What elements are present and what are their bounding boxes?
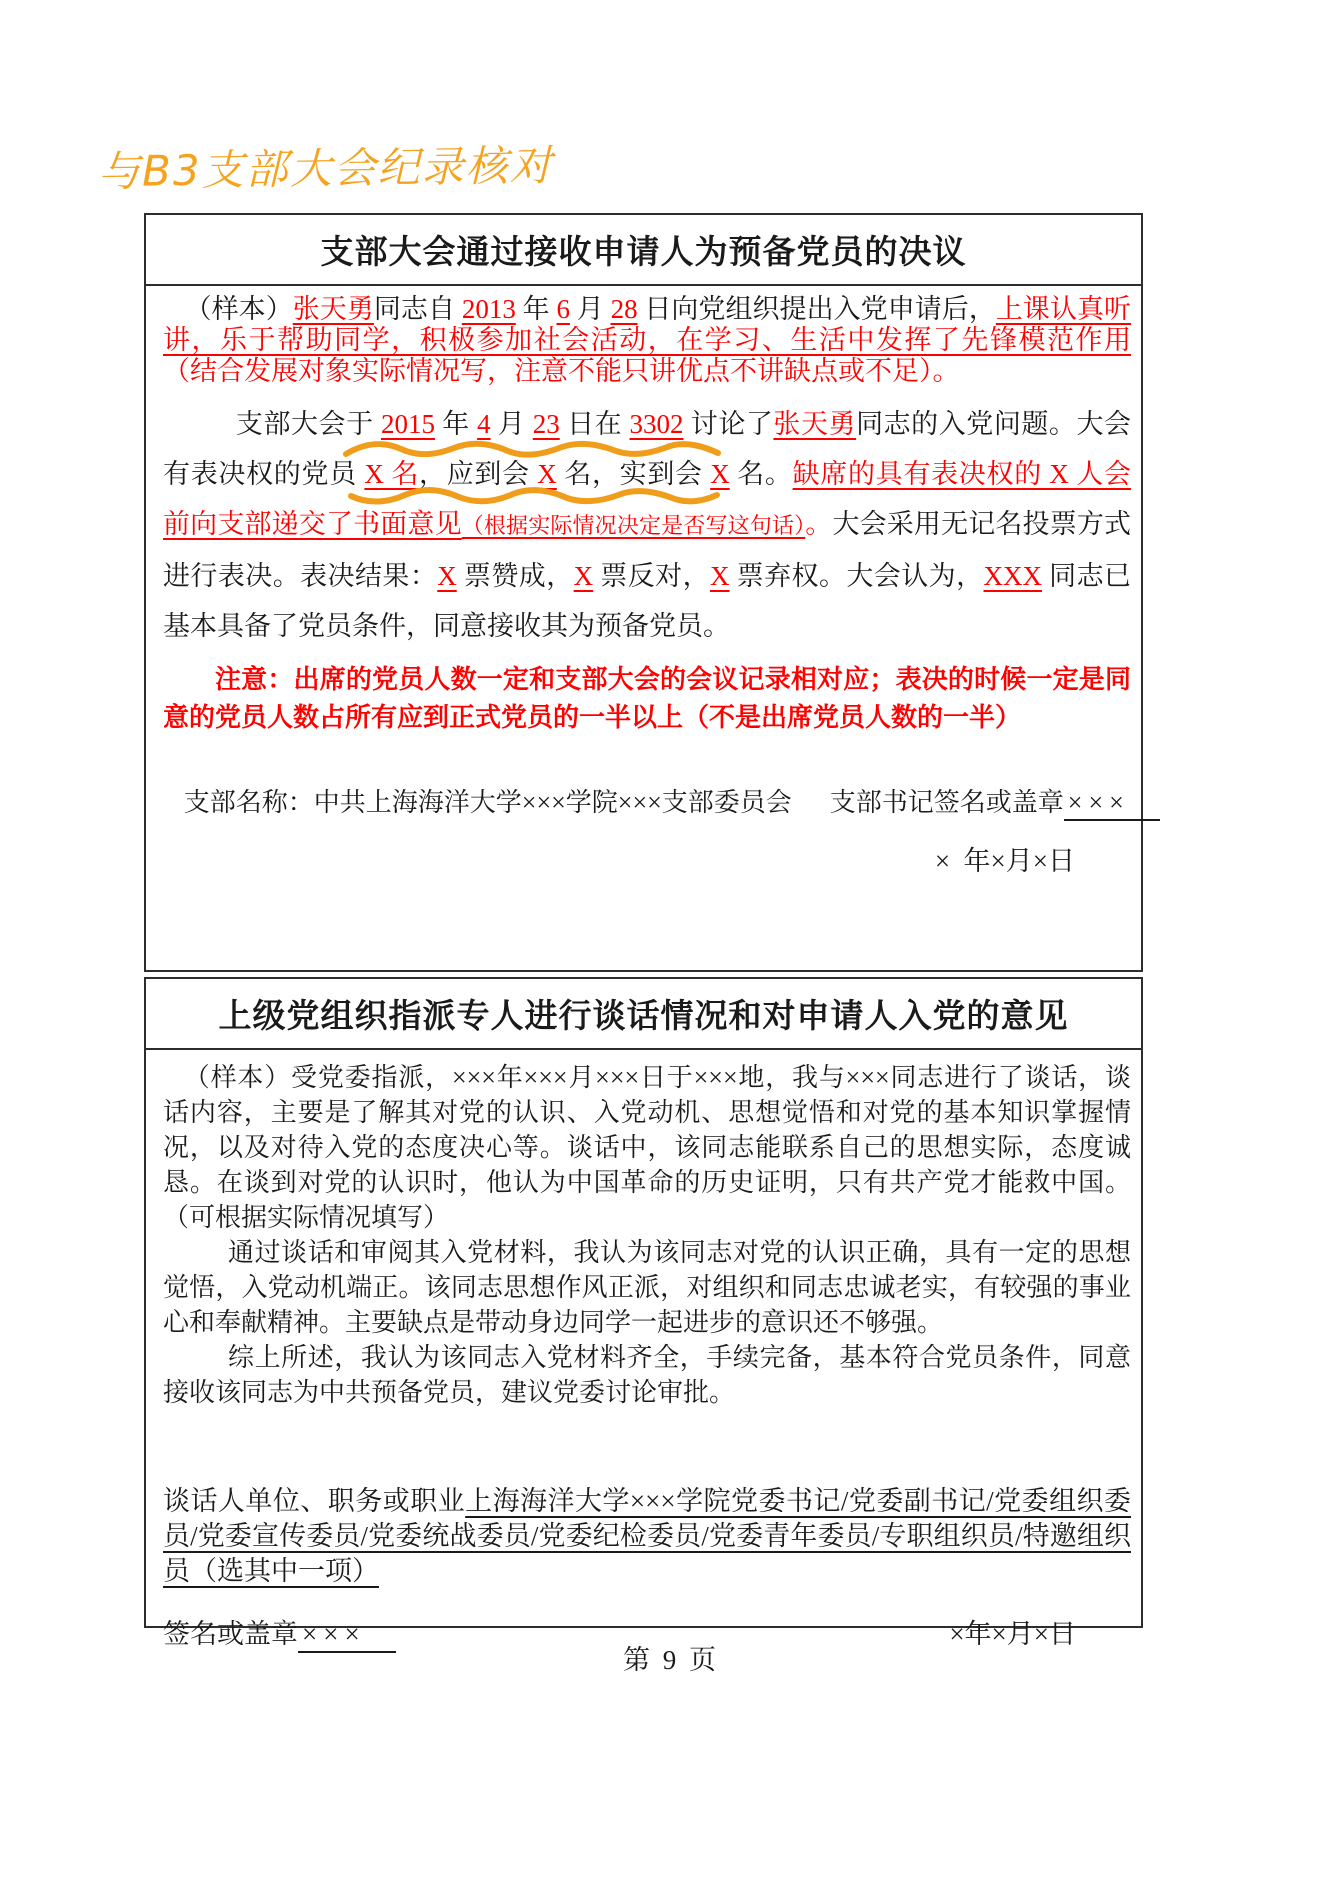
- wavy-underline-icon: [343, 439, 721, 461]
- branch-name-line: 支部名称：中共上海海洋大学×××学院×××支部委员会支部书记签名或盖章×××: [163, 787, 1131, 819]
- interviewer-line: 谈话人单位、职务或职业上海海洋大学×××学院党委书记/党委副书记/党委组织委员/…: [163, 1484, 1131, 1589]
- text-run: 票赞成，: [457, 561, 574, 591]
- text-run: （结合发展对象实际情况写，注意不能只讲优点不讲缺点或不足）。: [163, 356, 960, 386]
- text-run: 年: [516, 294, 557, 324]
- notice-paragraph: 注意：出席的党员人数一定和支部大会的会议记录相对应；表决的时候一定是同意的党员人…: [163, 661, 1131, 737]
- text-run: X: [710, 561, 730, 591]
- text-run: 4: [477, 409, 491, 439]
- text-run: XXX: [984, 561, 1043, 591]
- document-page: 与B3支部大会纪录核对 支部大会通过接收申请人为预备党员的决议 （样本）张天勇同…: [0, 0, 1342, 1901]
- text-run: （根据实际情况决定是否写这句话）: [462, 513, 806, 538]
- meeting-paragraph: 支部大会于 2015 年 4 月 23 日在 3302 讨论了张天勇同志的入党问…: [163, 399, 1131, 651]
- text-run: 月: [491, 409, 533, 439]
- branch-name-label: 支部名称：中共上海海洋大学×××学院×××支部委员会: [184, 788, 792, 817]
- text-run: 日向党组织提出入党申请后，: [638, 294, 996, 324]
- text-run: 票弃权。大会认为，: [730, 561, 984, 591]
- talk-table: 上级党组织指派专人进行谈话情况和对申请人入党的意见 （样本）受党委指派，×××年…: [144, 977, 1143, 1628]
- text-run: 。: [805, 509, 832, 539]
- secretary-signature-value: ×××: [1064, 788, 1160, 821]
- talk-table-title: 上级党组织指派专人进行谈话情况和对申请人入党的意见: [146, 979, 1141, 1050]
- text-run: 3302: [629, 409, 683, 439]
- text-run: 月: [570, 294, 611, 324]
- text-run: 讨论了: [683, 409, 773, 439]
- handwritten-annotation: 与B3支部大会纪录核对: [98, 133, 554, 199]
- wavy-underline-icon: [348, 484, 720, 508]
- resolution-table: 支部大会通过接收申请人为预备党员的决议 （样本）张天勇同志自 2013 年 6 …: [144, 213, 1143, 972]
- secretary-sign-label: 支部书记签名或盖章: [830, 788, 1064, 817]
- text-run: 票反对，: [593, 561, 710, 591]
- text-run: X: [437, 561, 457, 591]
- text-run: 日在: [560, 409, 630, 439]
- text-run: 张天勇: [293, 294, 374, 324]
- resolution-table-title: 支部大会通过接收申请人为预备党员的决议: [146, 215, 1141, 286]
- text-run: X: [574, 561, 594, 591]
- talk-paragraph-2: 通过谈话和审阅其入党材料，我认为该同志对党的认识正确，具有一定的思想觉悟，入党动…: [163, 1235, 1131, 1340]
- text-run: 6: [556, 294, 570, 324]
- text-run: 支部大会于: [236, 409, 381, 439]
- text-run: 2015: [381, 409, 435, 439]
- resolution-table-body: （样本）张天勇同志自 2013 年 6 月 28 日向党组织提出入党申请后，上课…: [146, 294, 1141, 877]
- text-run: （样本）: [185, 294, 293, 324]
- text-run: 23: [533, 409, 560, 439]
- text-run: 年: [435, 409, 477, 439]
- talk-paragraph-1: （样本）受党委指派，×××年×××月×××日于×××地，我与×××同志进行了谈话…: [163, 1060, 1131, 1235]
- text-run: 28: [611, 294, 638, 324]
- talk-table-body: （样本）受党委指派，×××年×××月×××日于×××地，我与×××同志进行了谈话…: [146, 1060, 1141, 1652]
- interviewer-label: 谈话人单位、职务或职业: [163, 1486, 465, 1516]
- text-run: 张天勇: [773, 409, 856, 439]
- text-run: 同志自: [374, 294, 462, 324]
- resolution-date: × 年×月×日: [163, 845, 1075, 877]
- text-run: 名。: [730, 459, 793, 489]
- text-run: 2013: [462, 294, 516, 324]
- sample-paragraph: （样本）张天勇同志自 2013 年 6 月 28 日向党组织提出入党申请后，上课…: [163, 294, 1131, 387]
- talk-paragraph-3: 综上所述，我认为该同志入党材料齐全，手续完备，基本符合党员条件，同意接收该同志为…: [163, 1340, 1131, 1410]
- page-number: 第 9 页: [0, 1638, 1342, 1677]
